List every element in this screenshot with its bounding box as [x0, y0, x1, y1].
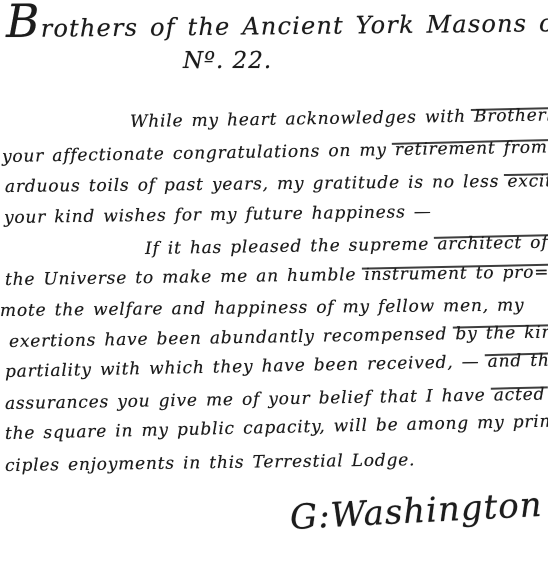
letter-line-12: ciples enjoyments in this Terrestial Lod… — [5, 450, 416, 476]
letter-line-10-segment-a: assurances you give me of your belief th… — [5, 385, 494, 414]
letter-line-5: If it has pleased the supreme architect … — [145, 233, 548, 259]
letter-line-5-segment-b: architect of — [437, 233, 548, 255]
letter-line-12-segment-a: ciples enjoyments in this Terrestial Lod… — [5, 450, 416, 476]
letter-line-8: exertions have been abundantly recompens… — [9, 322, 548, 352]
letter-line-10: assurances you give me of your belief th… — [5, 384, 548, 414]
letter-line-1: While my heart acknowledges with Brother… — [130, 104, 548, 132]
letter-line-8-segment-a: exertions have been abundantly recompens… — [9, 324, 456, 352]
letter-line-9-segment-a: partiality with which they have been rec… — [5, 352, 488, 382]
letter-line-9-segment-b: and the — [487, 350, 548, 372]
letter-line-6: the Universe to make me an humble instru… — [5, 262, 548, 290]
letter-line-1-segment-a: While my heart acknowledges with — [130, 107, 474, 132]
letter-line-3-segment-b: excited — [507, 171, 548, 192]
letter-line-3-segment-a: arduous toils of past years, my gratitud… — [5, 172, 508, 197]
letter-line-10-segment-b: acted — [494, 385, 546, 406]
letter-line-8-segment-b: by the kind — [455, 322, 548, 344]
letter-line-4: your kind wishes for my future happiness… — [4, 202, 432, 228]
letter-salutation-line-1: Brothers of the Ancient York Masons of L… — [6, 0, 548, 43]
letter-line-3: arduous toils of past years, my gratitud… — [5, 171, 548, 197]
letter-line-7-segment-a: mote the welfare and happiness of my fel… — [0, 296, 524, 321]
letter-line-9: partiality with which they have been rec… — [5, 350, 548, 382]
letter-line-5-segment-a: If it has pleased the supreme — [145, 234, 438, 259]
letter-line-2-segment-b: retirement from the — [395, 137, 548, 160]
letter-line-7: mote the welfare and happiness of my fel… — [0, 296, 524, 321]
scanned-letter-document: Brothers of the Ancient York Masons of L… — [0, 0, 548, 563]
letter-line-6-segment-b: instrument to pro= — [364, 262, 548, 285]
letter-line-4-segment-a: your kind wishes for my future happiness… — [4, 202, 432, 228]
letter-line-11-segment-a: the square in my public capacity, will b… — [5, 411, 548, 444]
signature-g-washington: G:Washington — [289, 485, 544, 538]
letter-line-2: your affectionate congratulations on my … — [2, 137, 548, 167]
letter-line-11: the square in my public capacity, will b… — [5, 411, 548, 444]
letter-line-2-segment-a: your affectionate congratulations on my — [2, 140, 395, 167]
letter-line-1-segment-b: Brotherly — [474, 105, 548, 126]
letter-lodge-number: Nº. 22. — [183, 48, 272, 74]
letter-line-6-segment-a: the Universe to make me an humble — [5, 265, 365, 290]
